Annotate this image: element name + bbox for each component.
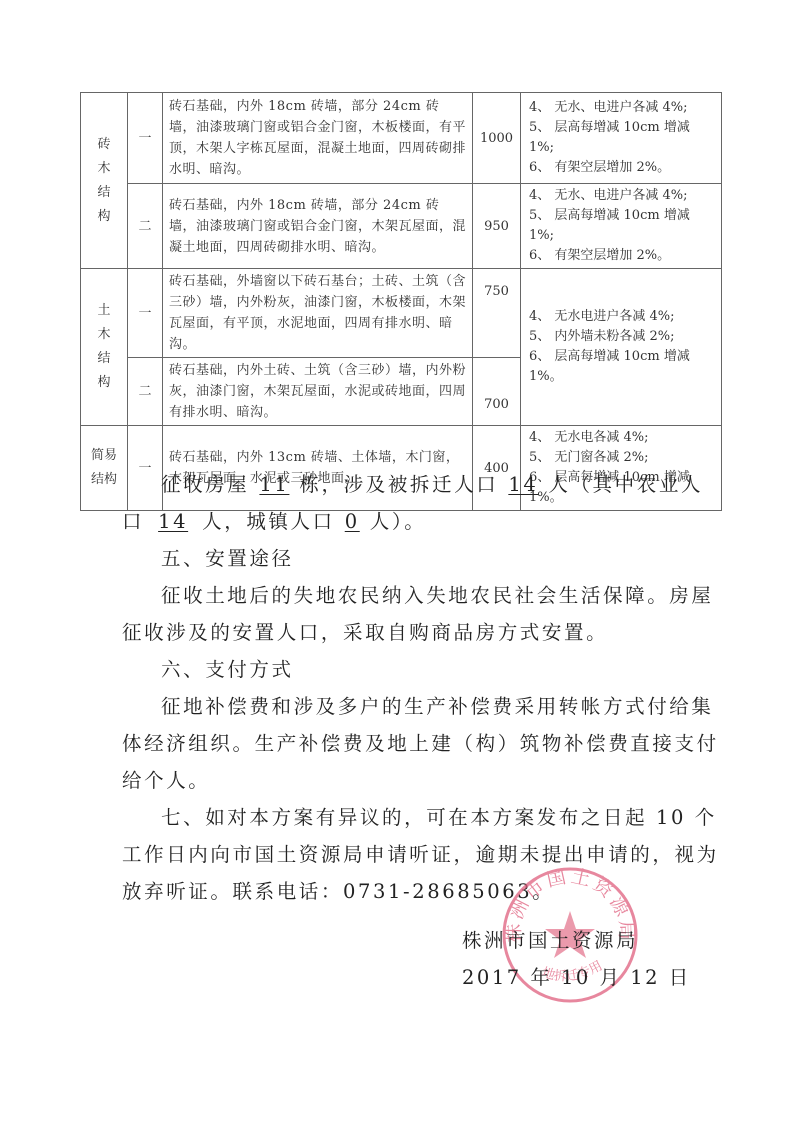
- note-line: 6、 有架空层增加 2%。: [529, 158, 713, 178]
- category-char: 结: [81, 347, 127, 371]
- grade-cell: 一: [128, 93, 163, 184]
- category-char: 结: [81, 181, 127, 205]
- note-line: 6、 有架空层增加 2%。: [529, 246, 713, 266]
- signing-organization: 株洲市国土资源局: [462, 925, 638, 953]
- note-line: 5、 内外墙未粉各减 2%;: [529, 327, 713, 347]
- grade-cell: 二: [128, 358, 163, 426]
- notes-cell: 4、 无水、电进户各减 4%; 5、 层高每增减 10cm 增减 1%; 6、 …: [521, 184, 722, 269]
- people-count: 14: [498, 473, 548, 496]
- category-char: 土: [81, 299, 127, 323]
- text: 人，城镇人口: [202, 510, 335, 533]
- text: 栋，涉及被拆迁人口: [299, 473, 498, 496]
- category-char: 简易: [81, 444, 127, 468]
- category-char: 木: [81, 157, 127, 181]
- category-cell: 简易 结构: [81, 426, 128, 511]
- price-cell: 950: [473, 184, 521, 269]
- category-char: 结构: [81, 468, 127, 492]
- price-cell: 750: [473, 269, 521, 358]
- table-row: 二 砖石基础，内外 18cm 砖墙，部分 24cm 砖墙，油漆玻璃门窗或铝合金门…: [81, 184, 722, 269]
- description-cell: 砖石基础，内外 18cm 砖墙，部分 24cm 砖墙，油漆玻璃门窗或铝合金门窗，…: [163, 93, 473, 184]
- summary-paragraph: 征收房屋11栋，涉及被拆迁人口14人（其中农业人口14人，城镇人口0人）。: [122, 466, 722, 540]
- agri-count: 14: [144, 510, 202, 533]
- note-line: 5、 层高每增减 10cm 增减 1%;: [529, 118, 713, 158]
- table-row: 砖 木 结 构 一 砖石基础，内外 18cm 砖墙，部分 24cm 砖墙，油漆玻…: [81, 93, 722, 184]
- category-char: 构: [81, 371, 127, 395]
- note-line: 4、 无水电各减 4%;: [529, 428, 713, 448]
- category-char: 构: [81, 205, 127, 229]
- category-char: 砖: [81, 133, 127, 157]
- notes-cell: 4、 无水、电进户各减 4%; 5、 层高每增减 10cm 增减 1%; 6、 …: [521, 93, 722, 184]
- text: 人）。: [370, 510, 427, 533]
- note-line: 6、 层高每增减 10cm 增减 1%。: [529, 347, 713, 387]
- category-char: 木: [81, 323, 127, 347]
- description-cell: 砖石基础，内外土砖、土筑（含三砂）墙，内外粉灰，油漆门窗，木架瓦屋面，水泥或砖地…: [163, 358, 473, 426]
- urban-count: 0: [335, 510, 370, 533]
- note-line: 5、 层高每增减 10cm 增减 1%;: [529, 206, 713, 246]
- note-line: 5、 无门窗各减 2%;: [529, 448, 713, 468]
- text: 征收房屋: [161, 473, 249, 496]
- description-cell: 砖石基础，内外 18cm 砖墙，部分 24cm 砖墙，油漆玻璃门窗或铝合金门窗，…: [163, 184, 473, 269]
- category-cell: 土 木 结 构: [81, 269, 128, 426]
- section6-body: 征地补偿费和涉及多户的生产补偿费采用转帐方式付给集体经济组织。生产补偿费及地上建…: [122, 688, 722, 799]
- note-line: 4、 无水、电进户各减 4%;: [529, 98, 713, 118]
- section5-body: 征收土地后的失地农民纳入失地农民社会生活保障。房屋征收涉及的安置人口，采取自购商…: [122, 577, 722, 651]
- price-cell: 700: [473, 358, 521, 426]
- signing-date: 2017 年 10 月 12 日: [462, 962, 691, 990]
- grade-cell: 一: [128, 269, 163, 358]
- category-cell: 砖 木 结 构: [81, 93, 128, 269]
- notes-cell: 4、 无水电进户各减 4%; 5、 内外墙未粉各减 2%; 6、 层高每增减 1…: [521, 269, 722, 426]
- grade-cell: 二: [128, 184, 163, 269]
- price-cell: 1000: [473, 93, 521, 184]
- compensation-table: 砖 木 结 构 一 砖石基础，内外 18cm 砖墙，部分 24cm 砖墙，油漆玻…: [80, 92, 722, 511]
- section5-heading: 五、安置途径: [122, 540, 722, 577]
- description-cell: 砖石基础，外墙窗以下砖石基台；土砖、土筑（含三砂）墙，内外粉灰，油漆门窗，木板楼…: [163, 269, 473, 358]
- houses-count: 11: [249, 473, 299, 496]
- note-line: 4、 无水、电进户各减 4%;: [529, 186, 713, 206]
- table-row: 土 木 结 构 一 砖石基础，外墙窗以下砖石基台；土砖、土筑（含三砂）墙，内外粉…: [81, 269, 722, 358]
- section6-heading: 六、支付方式: [122, 651, 722, 688]
- note-line: 4、 无水电进户各减 4%;: [529, 307, 713, 327]
